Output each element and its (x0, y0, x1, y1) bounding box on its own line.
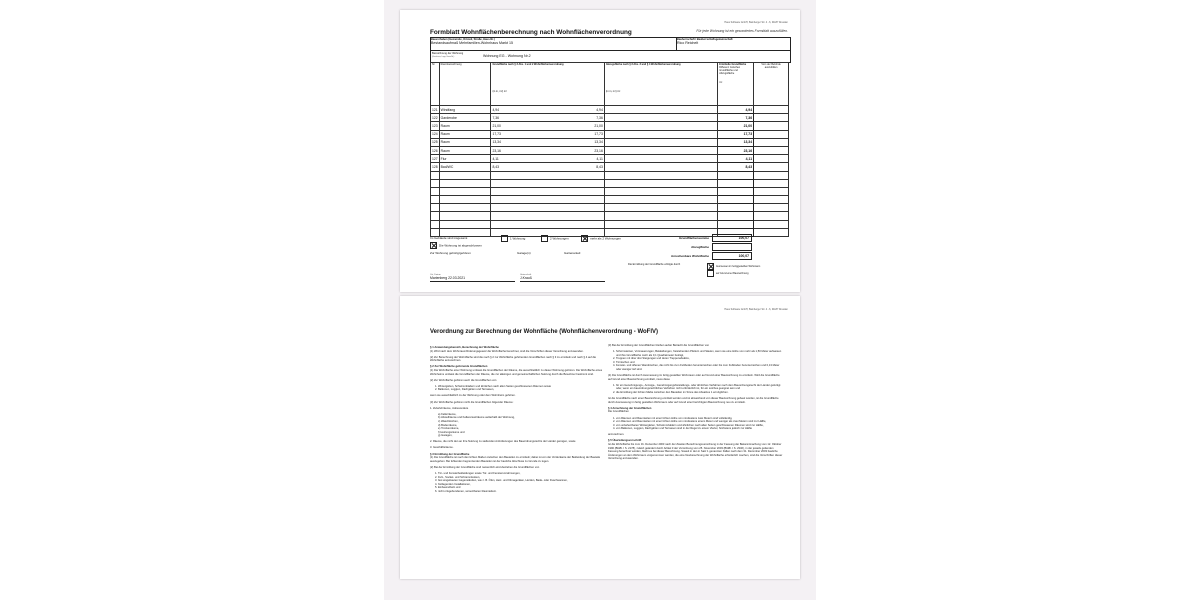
list-item: von Balkonen, Loggien, Dachgärten und Te… (616, 427, 783, 431)
table-row-empty (431, 212, 789, 220)
room-nr: 128 (431, 163, 440, 171)
table-row: 121Windfang4,944,944,94 (431, 106, 789, 114)
paragraph: Ist die Wohnfläche bis zum 31. Dezember … (608, 443, 783, 461)
ermittelte-cell: 23,16 (718, 146, 754, 154)
room-name: Garderobe (439, 114, 491, 122)
grundflaeche-cell: 4,114,11 (491, 155, 604, 163)
paragraph: (3) Bei der Ermittlung der Grundflächen … (608, 344, 783, 348)
table-row-empty (431, 196, 789, 204)
table-row: 128Bad/WC8,438,438,43 (431, 163, 789, 171)
checked-checkbox-icon (707, 263, 714, 270)
wohnung-value: Wohnung EG - Wohnung Nr.2 (483, 54, 531, 58)
list-item: g) Garagen, (438, 434, 605, 438)
table-row-empty (431, 220, 789, 228)
list-item: die Ermittlung der lichten Maße zwischen… (616, 391, 783, 395)
bauvorhaben-value: Bestandsaufmaß Mehrfamilien-Wohnhaus Mar… (431, 41, 676, 45)
room-nr: 125 (431, 138, 440, 146)
room-nr: 127 (431, 155, 440, 163)
room-name: Bad/WC (439, 163, 491, 171)
behoerde-cell (754, 163, 789, 171)
paragraph: (1) Wird nach dem Wohnraumförderungsgese… (430, 350, 605, 354)
software-note: Haus Software GmbH, Bamberger Str. 4 - 6… (724, 21, 788, 24)
abzugsflaeche-cell (604, 114, 717, 122)
paragraph: (1) Die Grundfläche ist nach den lichten… (430, 456, 605, 463)
numbered-list: für ein Genehmigungs-, Anzeige-, Genehmi… (608, 384, 783, 395)
room-name: Raum (439, 146, 491, 154)
paragraph: (3) Zur Wohnfläche gehören nicht die Gru… (430, 401, 605, 405)
room-name: Raum (439, 138, 491, 146)
table-row-empty (431, 187, 789, 195)
room-name: Raum (439, 122, 491, 130)
grundflaeche-cell: 23,1623,16 (491, 146, 604, 154)
behoerde-cell (754, 122, 789, 130)
sub-list: a) Kellerräume,b) Abstellräume und Kelle… (430, 413, 605, 438)
behoerde-cell (754, 106, 789, 114)
grundflaeche-cell: 8,438,43 (491, 163, 604, 171)
verordnung-title: Verordnung zur Berechnung der Wohnfläche… (430, 329, 658, 335)
list-item: für ein Genehmigungs-, Anzeige-, Genehmi… (616, 384, 783, 391)
room-name: Flur (439, 155, 491, 163)
ermittelte-cell: 17,73 (718, 130, 754, 138)
paragraph: 2. Räume, die nicht den an ihre Nutzung … (430, 440, 605, 444)
numbered-list: Schornsteinen, Vormauerungen, Bekleidung… (608, 350, 783, 372)
option-ausmessen[interactable]: Ausmessen im fertiggestellten Wohnraum (707, 263, 760, 270)
paragraph: (2) Zur Berechnung der Wohnfläche sind d… (430, 356, 605, 363)
table-row: 124Raum17,7317,7317,73 (431, 130, 789, 138)
table-row: 126Raum23,1623,1623,16 (431, 146, 789, 154)
option-abgeschlossen[interactable]: Die Wohnung ist abgeschlossen (430, 242, 482, 249)
room-nr: 123 (431, 122, 440, 130)
page-1-form: Haus Software GmbH, Bamberger Str. 4 - 6… (400, 10, 800, 292)
abzugsflaeche-cell (604, 163, 717, 171)
ermittelte-cell: 13,34 (718, 138, 754, 146)
table-row: 127Flur4,114,114,11 (431, 155, 789, 163)
behoerde-cell (754, 130, 789, 138)
checkbox-icon (501, 235, 508, 242)
page-2-verordnung: Haus Software GmbH, Bamberger Str. 4 - 6… (400, 296, 800, 579)
paragraph: Ist die Grundfläche nach einer Bauzeichn… (608, 397, 783, 404)
paragraph: (4) Die Grundfläche ist durch Ausmessung… (608, 374, 783, 381)
form-title: Formblatt Wohnflächenberechnung nach Woh… (430, 29, 632, 36)
abzugsflaeche-cell (604, 155, 717, 163)
room-nr: 126 (431, 146, 440, 154)
ermittelte-cell: 8,43 (718, 163, 754, 171)
numbered-list: von Räumen und Raumteilen mit einer lich… (608, 417, 783, 431)
table-row: 122Garderobe7,367,367,36 (431, 114, 789, 122)
grundflaeche-cell: 4,944,94 (491, 106, 604, 114)
list-item: nicht ortsgebundenen, versetzbaren Raumt… (438, 490, 605, 494)
room-nr: 124 (431, 130, 440, 138)
option-mehr-wohnungen[interactable]: mehr als 2 Wohnungen (581, 235, 621, 242)
table-header: Nr. Raumbezeichnung Grundfläche nach § 3… (431, 63, 789, 106)
grundflaeche-cell: 7,367,36 (491, 114, 604, 122)
option-1-wohnung[interactable]: 1 Wohnung (501, 235, 525, 242)
room-nr: 121 (431, 106, 440, 114)
abzugsflaeche-cell (604, 130, 717, 138)
room-nr: 122 (431, 114, 440, 122)
numbered-list: Tür- und Fensterbekleidungen sowie Tür- … (430, 472, 605, 494)
paragraph: (1) Die Wohnfläche einer Wohnung umfasst… (430, 369, 605, 376)
grundflaechensumme: Grundflächensumme100,07 (679, 234, 752, 242)
grundflaeche-cell: 17,7317,73 (491, 130, 604, 138)
behoerde-cell (754, 155, 789, 163)
paragraph: (2) Zur Wohnfläche gehören auch die Grun… (430, 379, 605, 383)
right-column: (3) Bei der Ermittlung der Grundflächen … (608, 344, 783, 464)
checked-checkbox-icon (581, 235, 588, 242)
table-row-empty (431, 179, 789, 187)
bauvorhaben-field: Bauvorhaben (Gemeinde, Ortsteil, Straße,… (430, 37, 677, 51)
bauherr-value: Rico Reichelt (677, 41, 790, 45)
software-note: Haus Software GmbH, Bamberger Str. 4 - 6… (724, 308, 788, 311)
paragraph: anzurechnen. (608, 433, 783, 437)
checkbox-icon (707, 270, 714, 277)
table-row: 123Raum21,0021,0021,00 (431, 122, 789, 130)
form-instruction: Für jede Wohnung ist ein gesondertes For… (696, 29, 788, 33)
table-row-empty (431, 171, 789, 179)
abzugflaeche: Abzugfläche (691, 243, 752, 251)
paragraph: (2) Bei der Ermittlung der Grundfläche s… (430, 466, 605, 470)
paragraph: 1. Zubehörräume, insbesondere (430, 407, 605, 411)
behoerde-cell (754, 146, 789, 154)
abzugsflaeche-cell (604, 122, 717, 130)
abzugsflaeche-cell (604, 106, 717, 114)
ermittelte-cell: 4,94 (718, 106, 754, 114)
list-item: Fenster- und offenen Wandnischen, die ni… (616, 364, 783, 371)
unterschrift-field: Unterschrift J.Krauß (520, 274, 605, 282)
numbered-list: Wintergärten, Schwimmbädern und ähnliche… (430, 385, 605, 392)
paragraph: Die Grundflächen (608, 410, 783, 414)
abzugsflaeche-cell (604, 138, 717, 146)
ermittelte-cell: 4,11 (718, 155, 754, 163)
list-item: Balkonen, Loggien, Dachgärten und Terras… (438, 388, 605, 392)
paragraph: wenn sie ausschließlich zu der Wohnung o… (430, 394, 605, 398)
paragraph: 3. Geschäftsräume. (430, 446, 605, 450)
anrechenbare-wohnflaeche: Anrechenbare Wohnfläche100,07 (671, 252, 752, 260)
grundflaeche-cell: 13,3413,34 (491, 138, 604, 146)
table-row: 125Raum13,3413,3413,34 (431, 138, 789, 146)
bauherr-field: Bauherrschaft / Bauherrschaftsgemeinscha… (676, 37, 791, 51)
checkbox-icon (541, 235, 548, 242)
option-bauzeichnung[interactable]: auf Grund einer Bauzeichnung (707, 270, 748, 277)
ort-datum-field: Ort, Datum Marienberg 22.03.2021 (430, 274, 515, 282)
ermittelte-cell: 7,36 (718, 114, 754, 122)
room-name: Windfang (439, 106, 491, 114)
room-table: Nr. Raumbezeichnung Grundfläche nach § 3… (430, 62, 789, 237)
ermittelte-cell: 21,00 (718, 122, 754, 130)
checked-checkbox-icon (430, 242, 437, 249)
grundflaeche-cell: 21,0021,00 (491, 122, 604, 130)
left-column: § 1 Anwendungsbereich, Berechnung der Wo… (430, 344, 605, 496)
room-name: Raum (439, 130, 491, 138)
table-row-empty (431, 204, 789, 212)
behoerde-cell (754, 138, 789, 146)
option-2-wohnungen[interactable]: 2 Wohnungen (541, 235, 569, 242)
abzugsflaeche-cell (604, 146, 717, 154)
behoerde-cell (754, 114, 789, 122)
